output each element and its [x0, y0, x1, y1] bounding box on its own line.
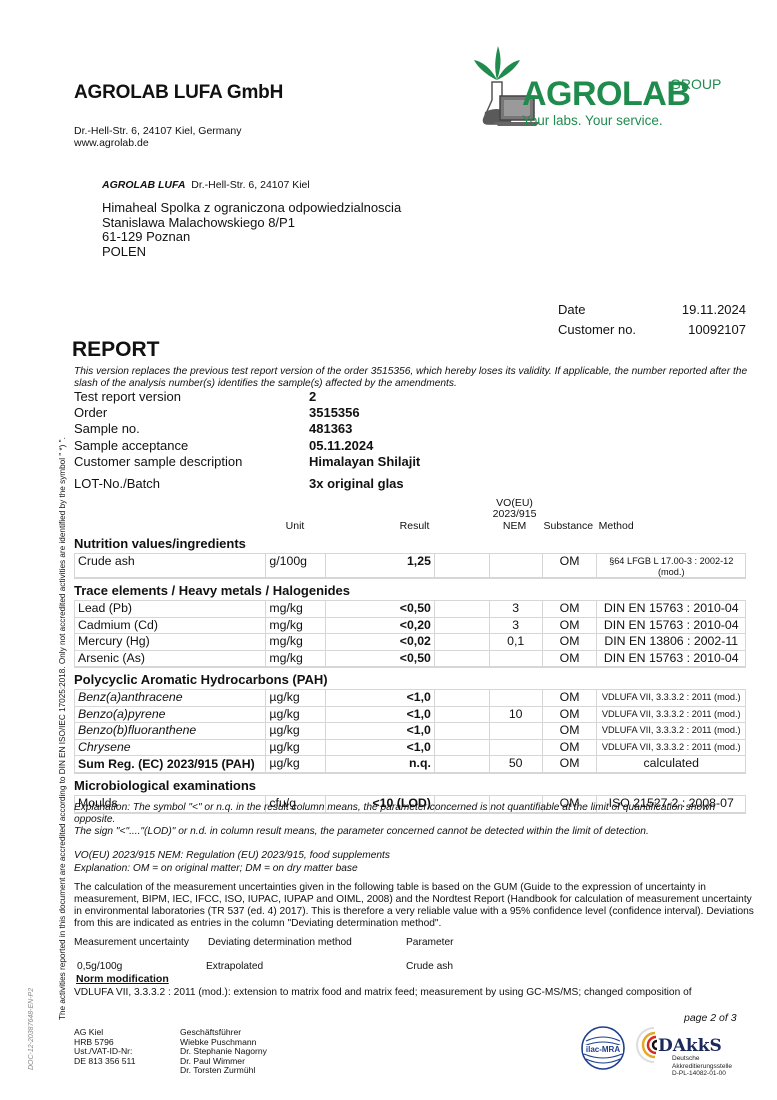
substance-cell: OM: [543, 634, 598, 650]
blank-cell: [435, 651, 490, 667]
blank-cell: [435, 740, 490, 756]
recipient-line: Himaheal Spolka z ograniczona odpowiedzi…: [102, 201, 401, 216]
header-nem-line: NEM: [488, 521, 541, 533]
result-cell: 1,25: [326, 554, 435, 577]
company-address: Dr.-Hell-Str. 6, 24107 Kiel, Germany www…: [74, 125, 241, 149]
recipient-line: POLEN: [102, 245, 401, 260]
footer-line: Dr. Torsten Zurmühl: [180, 1066, 267, 1076]
parameter-name: Crude ash: [75, 554, 266, 577]
result-cell: n.q.: [326, 756, 435, 772]
table-sections: Nutrition values/ingredientsCrude ashg/1…: [74, 534, 746, 814]
unit-cell: mg/kg: [266, 618, 326, 634]
substance-cell: OM: [543, 601, 598, 617]
footer-management: Geschäftsführer Wiebke Puschmann Dr. Ste…: [180, 1028, 267, 1076]
result-cell: <0,02: [326, 634, 435, 650]
uncertainty-header-col: Parameter: [406, 937, 606, 948]
parameter-name: Benzo(b)fluoranthene: [75, 723, 266, 739]
info-row: LOT-No./Batch3x original glas: [74, 476, 420, 498]
parameter-name: Chrysene: [75, 740, 266, 756]
parameter-name: Arsenic (As): [75, 651, 266, 667]
info-row: Test report version2: [74, 389, 420, 405]
accreditation-note: The activities reported in this document…: [58, 437, 67, 1020]
regulation-block: VO(EU) 2023/915 NEM: Regulation (EU) 202…: [74, 849, 390, 875]
blank-cell: [435, 634, 490, 650]
nem-limit-cell: [490, 690, 543, 706]
blank-cell: [435, 554, 490, 577]
result-cell: <1,0: [326, 740, 435, 756]
section-rows: Crude ashg/100g1,25OM§64 LFGB L 17.00-3 …: [74, 553, 746, 579]
table-row: Crude ashg/100g1,25OM§64 LFGB L 17.00-3 …: [75, 553, 745, 578]
nem-limit-cell: [490, 554, 543, 577]
document-id: DOC-12-20387648-EN-P2: [28, 988, 35, 1070]
result-cell: <0,50: [326, 651, 435, 667]
company-street: Dr.-Hell-Str. 6, 24107 Kiel, Germany: [74, 125, 241, 137]
dakks-line: Deutsche: [672, 1055, 732, 1063]
dakks-arcs-icon: [628, 1024, 658, 1066]
gum-paragraph: The calculation of the measurement uncer…: [74, 882, 754, 930]
unit-cell: mg/kg: [266, 651, 326, 667]
table-row: Benz(a)anthraceneµg/kg<1,0OMVDLUFA VII, …: [75, 689, 745, 706]
unit-cell: g/100g: [266, 554, 326, 577]
section-title: Trace elements / Heavy metals / Halogeni…: [74, 581, 746, 600]
dakks-line: D-PL-14082-01-00: [672, 1070, 732, 1078]
unit-cell: µg/kg: [266, 707, 326, 723]
sender-name: AGROLAB LUFA: [102, 179, 185, 191]
substance-cell: OM: [543, 554, 598, 577]
dakks-subtitle: Deutsche Akkreditierungsstelle D-PL-1408…: [672, 1055, 732, 1078]
norm-modification-title: Norm modification: [76, 973, 169, 985]
customer-row: Customer no. 10092107: [558, 322, 746, 342]
date-label: Date: [558, 302, 585, 322]
logo-group-label: GROUP: [670, 76, 721, 92]
method-cell: VDLUFA VII, 3.3.3.2 : 2011 (mod.): [597, 740, 745, 756]
substance-cell: OM: [543, 756, 598, 772]
table-row: Lead (Pb)mg/kg<0,503OMDIN EN 15763 : 201…: [75, 600, 745, 617]
method-cell: DIN EN 15763 : 2010-04: [597, 618, 745, 634]
table-row: Mercury (Hg)mg/kg<0,020,1OMDIN EN 13806 …: [75, 633, 745, 650]
version-note: This version replaces the previous test …: [74, 366, 754, 390]
company-website: www.agrolab.de: [74, 137, 241, 149]
blank-cell: [435, 723, 490, 739]
unit-cell: mg/kg: [266, 601, 326, 617]
info-value: Himalayan Shilajit: [309, 454, 420, 476]
method-cell: VDLUFA VII, 3.3.3.2 : 2011 (mod.): [597, 723, 745, 739]
nem-limit-cell: [490, 740, 543, 756]
info-label: Sample no.: [74, 421, 309, 437]
info-value: 481363: [309, 421, 352, 437]
blank-cell: [435, 756, 490, 772]
method-cell: VDLUFA VII, 3.3.3.2 : 2011 (mod.): [597, 690, 745, 706]
info-value: 05.11.2024: [309, 438, 373, 454]
info-value: 3515356: [309, 405, 360, 421]
table-row: Sum Reg. (EC) 2023/915 (PAH)µg/kgn.q.50O…: [75, 755, 745, 773]
info-value: 3x original glas: [309, 476, 404, 498]
dakks-wordmark: DAkkS: [658, 1036, 722, 1056]
unit-cell: µg/kg: [266, 756, 326, 772]
table-row: Benzo(b)fluorantheneµg/kg<1,0OMVDLUFA VI…: [75, 722, 745, 739]
substance-cell: OM: [543, 690, 598, 706]
method-cell: VDLUFA VII, 3.3.3.2 : 2011 (mod.): [597, 707, 745, 723]
header-nem: VO(EU) 2023/915 NEM: [488, 498, 541, 533]
parameter-name: Cadmium (Cd): [75, 618, 266, 634]
page-title: REPORT: [72, 338, 160, 362]
substance-cell: OM: [543, 723, 598, 739]
report-meta: Date 19.11.2024 Customer no. 10092107: [558, 302, 746, 342]
blank-cell: [435, 601, 490, 617]
info-row: Sample no.481363: [74, 421, 420, 437]
info-label: Order: [74, 405, 309, 421]
blank-cell: [435, 690, 490, 706]
parameter-name: Lead (Pb): [75, 601, 266, 617]
nem-limit-cell: 0,1: [490, 634, 543, 650]
uncertainty-header-col: Measurement uncertainty: [74, 937, 204, 948]
ilac-mra-logo-icon: ilac-MRA: [580, 1025, 626, 1071]
date-value: 19.11.2024: [682, 302, 746, 322]
svg-text:ilac-MRA: ilac-MRA: [586, 1045, 620, 1054]
info-value: 2: [309, 389, 316, 405]
nem-limit-cell: [490, 651, 543, 667]
nem-limit-cell: 3: [490, 601, 543, 617]
info-label: Sample acceptance: [74, 438, 309, 454]
om-dm-note: Explanation: OM = on original matter; DM…: [74, 862, 390, 875]
method-cell: calculated: [597, 756, 745, 772]
result-cell: <0,20: [326, 618, 435, 634]
info-label: Customer sample description: [74, 454, 309, 476]
nem-limit-cell: 3: [490, 618, 543, 634]
sender-line: AGROLAB LUFA Dr.-Hell-Str. 6, 24107 Kiel: [102, 179, 310, 191]
company-name: AGROLAB LUFA GmbH: [74, 82, 283, 104]
uncertainty-value: 0,5g/100g: [77, 961, 207, 972]
info-label: Test report version: [74, 389, 309, 405]
parameter-name: Mercury (Hg): [75, 634, 266, 650]
explanation-lod: The sign "<"...."(LOD)" or n.d. in colum…: [74, 826, 754, 838]
info-label: LOT-No./Batch: [74, 476, 309, 498]
unit-cell: mg/kg: [266, 634, 326, 650]
footer-registry: AG Kiel HRB 5796 Ust./VAT-ID-Nr: DE 813 …: [74, 1028, 135, 1066]
substance-cell: OM: [543, 740, 598, 756]
substance-cell: OM: [543, 651, 598, 667]
result-cell: <1,0: [326, 723, 435, 739]
table-row: Cadmium (Cd)mg/kg<0,203OMDIN EN 15763 : …: [75, 617, 745, 634]
report-info: Test report version2Order3515356Sample n…: [74, 389, 420, 498]
page-number: page 2 of 3: [684, 1012, 737, 1024]
method-cell: DIN EN 15763 : 2010-04: [597, 601, 745, 617]
regulation-note: VO(EU) 2023/915 NEM: Regulation (EU) 202…: [74, 849, 390, 862]
norm-modification-text: VDLUFA VII, 3.3.3.2 : 2011 (mod.): exten…: [74, 987, 692, 998]
section-rows: Lead (Pb)mg/kg<0,503OMDIN EN 15763 : 201…: [74, 600, 746, 668]
customer-label: Customer no.: [558, 322, 636, 342]
header-method: Method: [596, 521, 746, 533]
uncertainty-parameter: Crude ash: [406, 961, 606, 972]
result-cell: <1,0: [326, 690, 435, 706]
blank-cell: [435, 707, 490, 723]
result-cell: <1,0: [326, 707, 435, 723]
explanation-block: Explanation: The symbol "<" or n.q. in t…: [74, 802, 754, 838]
info-row: Order3515356: [74, 405, 420, 421]
header-substance: Substance: [541, 521, 596, 533]
uncertainty-header-col: Deviating determination method: [208, 937, 408, 948]
customer-value: 10092107: [688, 322, 746, 342]
date-row: Date 19.11.2024: [558, 302, 746, 322]
table-row: Benzo(a)pyreneµg/kg<1,010OMVDLUFA VII, 3…: [75, 706, 745, 723]
explanation-lt: Explanation: The symbol "<" or n.q. in t…: [74, 802, 754, 826]
parameter-name: Benz(a)anthracene: [75, 690, 266, 706]
nem-limit-cell: [490, 723, 543, 739]
blank-cell: [435, 618, 490, 634]
section-title: Nutrition values/ingredients: [74, 534, 746, 553]
table-header: Unit Result VO(EU) 2023/915 NEM Substanc…: [74, 496, 746, 532]
header-nem-line: 2023/915: [488, 509, 541, 521]
substance-cell: OM: [543, 618, 598, 634]
uncertainty-method: Extrapolated: [206, 961, 406, 972]
results-table: Unit Result VO(EU) 2023/915 NEM Substanc…: [74, 496, 746, 814]
table-row: Arsenic (As)mg/kg<0,50OMDIN EN 15763 : 2…: [75, 650, 745, 668]
header-unit: Unit: [265, 521, 325, 533]
footer-line: DE 813 356 511: [74, 1057, 135, 1067]
unit-cell: µg/kg: [266, 690, 326, 706]
nem-limit-cell: 50: [490, 756, 543, 772]
dakks-line: Akkreditierungsstelle: [672, 1063, 732, 1071]
section-title: Microbiological examinations: [74, 776, 746, 795]
method-cell: DIN EN 13806 : 2002-11: [597, 634, 745, 650]
section-rows: Benz(a)anthraceneµg/kg<1,0OMVDLUFA VII, …: [74, 689, 746, 774]
parameter-name: Benzo(a)pyrene: [75, 707, 266, 723]
recipient-line: Stanislawa Malachowskiego 8/P1: [102, 216, 401, 231]
sender-address: Dr.-Hell-Str. 6, 24107 Kiel: [191, 179, 309, 191]
recipient-address: Himaheal Spolka z ograniczona odpowiedzi…: [102, 201, 401, 259]
logo-wordmark: AGROLAB: [522, 75, 690, 114]
info-row: Customer sample descriptionHimalayan Shi…: [74, 454, 420, 476]
substance-cell: OM: [543, 707, 598, 723]
unit-cell: µg/kg: [266, 723, 326, 739]
uncertainty-header: Measurement uncertainty Deviating determ…: [74, 937, 674, 951]
info-row: Sample acceptance05.11.2024: [74, 438, 420, 454]
recipient-line: 61-129 Poznan: [102, 230, 401, 245]
method-cell: §64 LFGB L 17.00-3 : 2002-12 (mod.): [597, 554, 745, 577]
logo-tagline: Your labs. Your service.: [522, 113, 663, 128]
parameter-name: Sum Reg. (EC) 2023/915 (PAH): [75, 756, 266, 772]
unit-cell: µg/kg: [266, 740, 326, 756]
nem-limit-cell: 10: [490, 707, 543, 723]
header-result: Result: [325, 521, 434, 533]
section-title: Polycyclic Aromatic Hydrocarbons (PAH): [74, 670, 746, 689]
result-cell: <0,50: [326, 601, 435, 617]
table-row: Chryseneµg/kg<1,0OMVDLUFA VII, 3.3.3.2 :…: [75, 739, 745, 756]
method-cell: DIN EN 15763 : 2010-04: [597, 651, 745, 667]
